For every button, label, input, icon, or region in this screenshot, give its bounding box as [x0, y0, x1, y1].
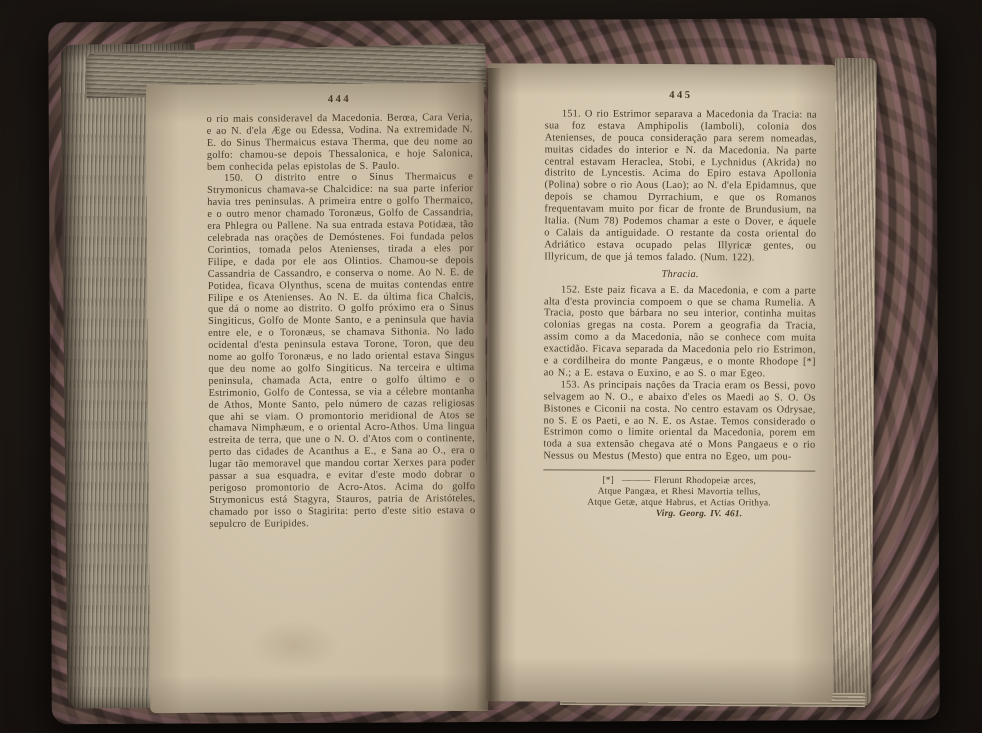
paragraph-153: 153. As principais nações da Tracia eram… — [543, 379, 815, 464]
paragraph-150: 150. O distrito entre o Sinus Thermaicus… — [207, 172, 475, 531]
right-page-number: 445 — [545, 89, 817, 102]
footnote-citation: Virg. Georg. IV. 461. — [543, 509, 815, 521]
paragraph-continuation: o rio mais consideravel da Macedonia. Be… — [207, 112, 473, 173]
right-page-text-column: 445 151. O rio Estrimor separava a Maced… — [543, 89, 817, 520]
paragraph-152: 152. Este paiz ficava a E. da Macedonia,… — [544, 284, 816, 380]
book-gutter-shadow — [476, 68, 502, 710]
footnote-verse-1: ——— Flerunt Rhodopeiæ arces, — [622, 476, 756, 487]
left-page-number: 444 — [206, 93, 472, 107]
section-heading-thracia: Thracia. — [544, 268, 816, 281]
footnote: [*]——— Flerunt Rhodopeiæ arces, Atque Pa… — [543, 470, 815, 521]
page-edges-right-stack — [829, 58, 877, 706]
paragraph-151: 151. O rio Estrimor separava a Macedonia… — [544, 108, 817, 264]
left-page-text-column: 444 o rio mais consideravel da Macedonia… — [206, 93, 475, 530]
footnote-mark: [*] — [602, 476, 621, 486]
